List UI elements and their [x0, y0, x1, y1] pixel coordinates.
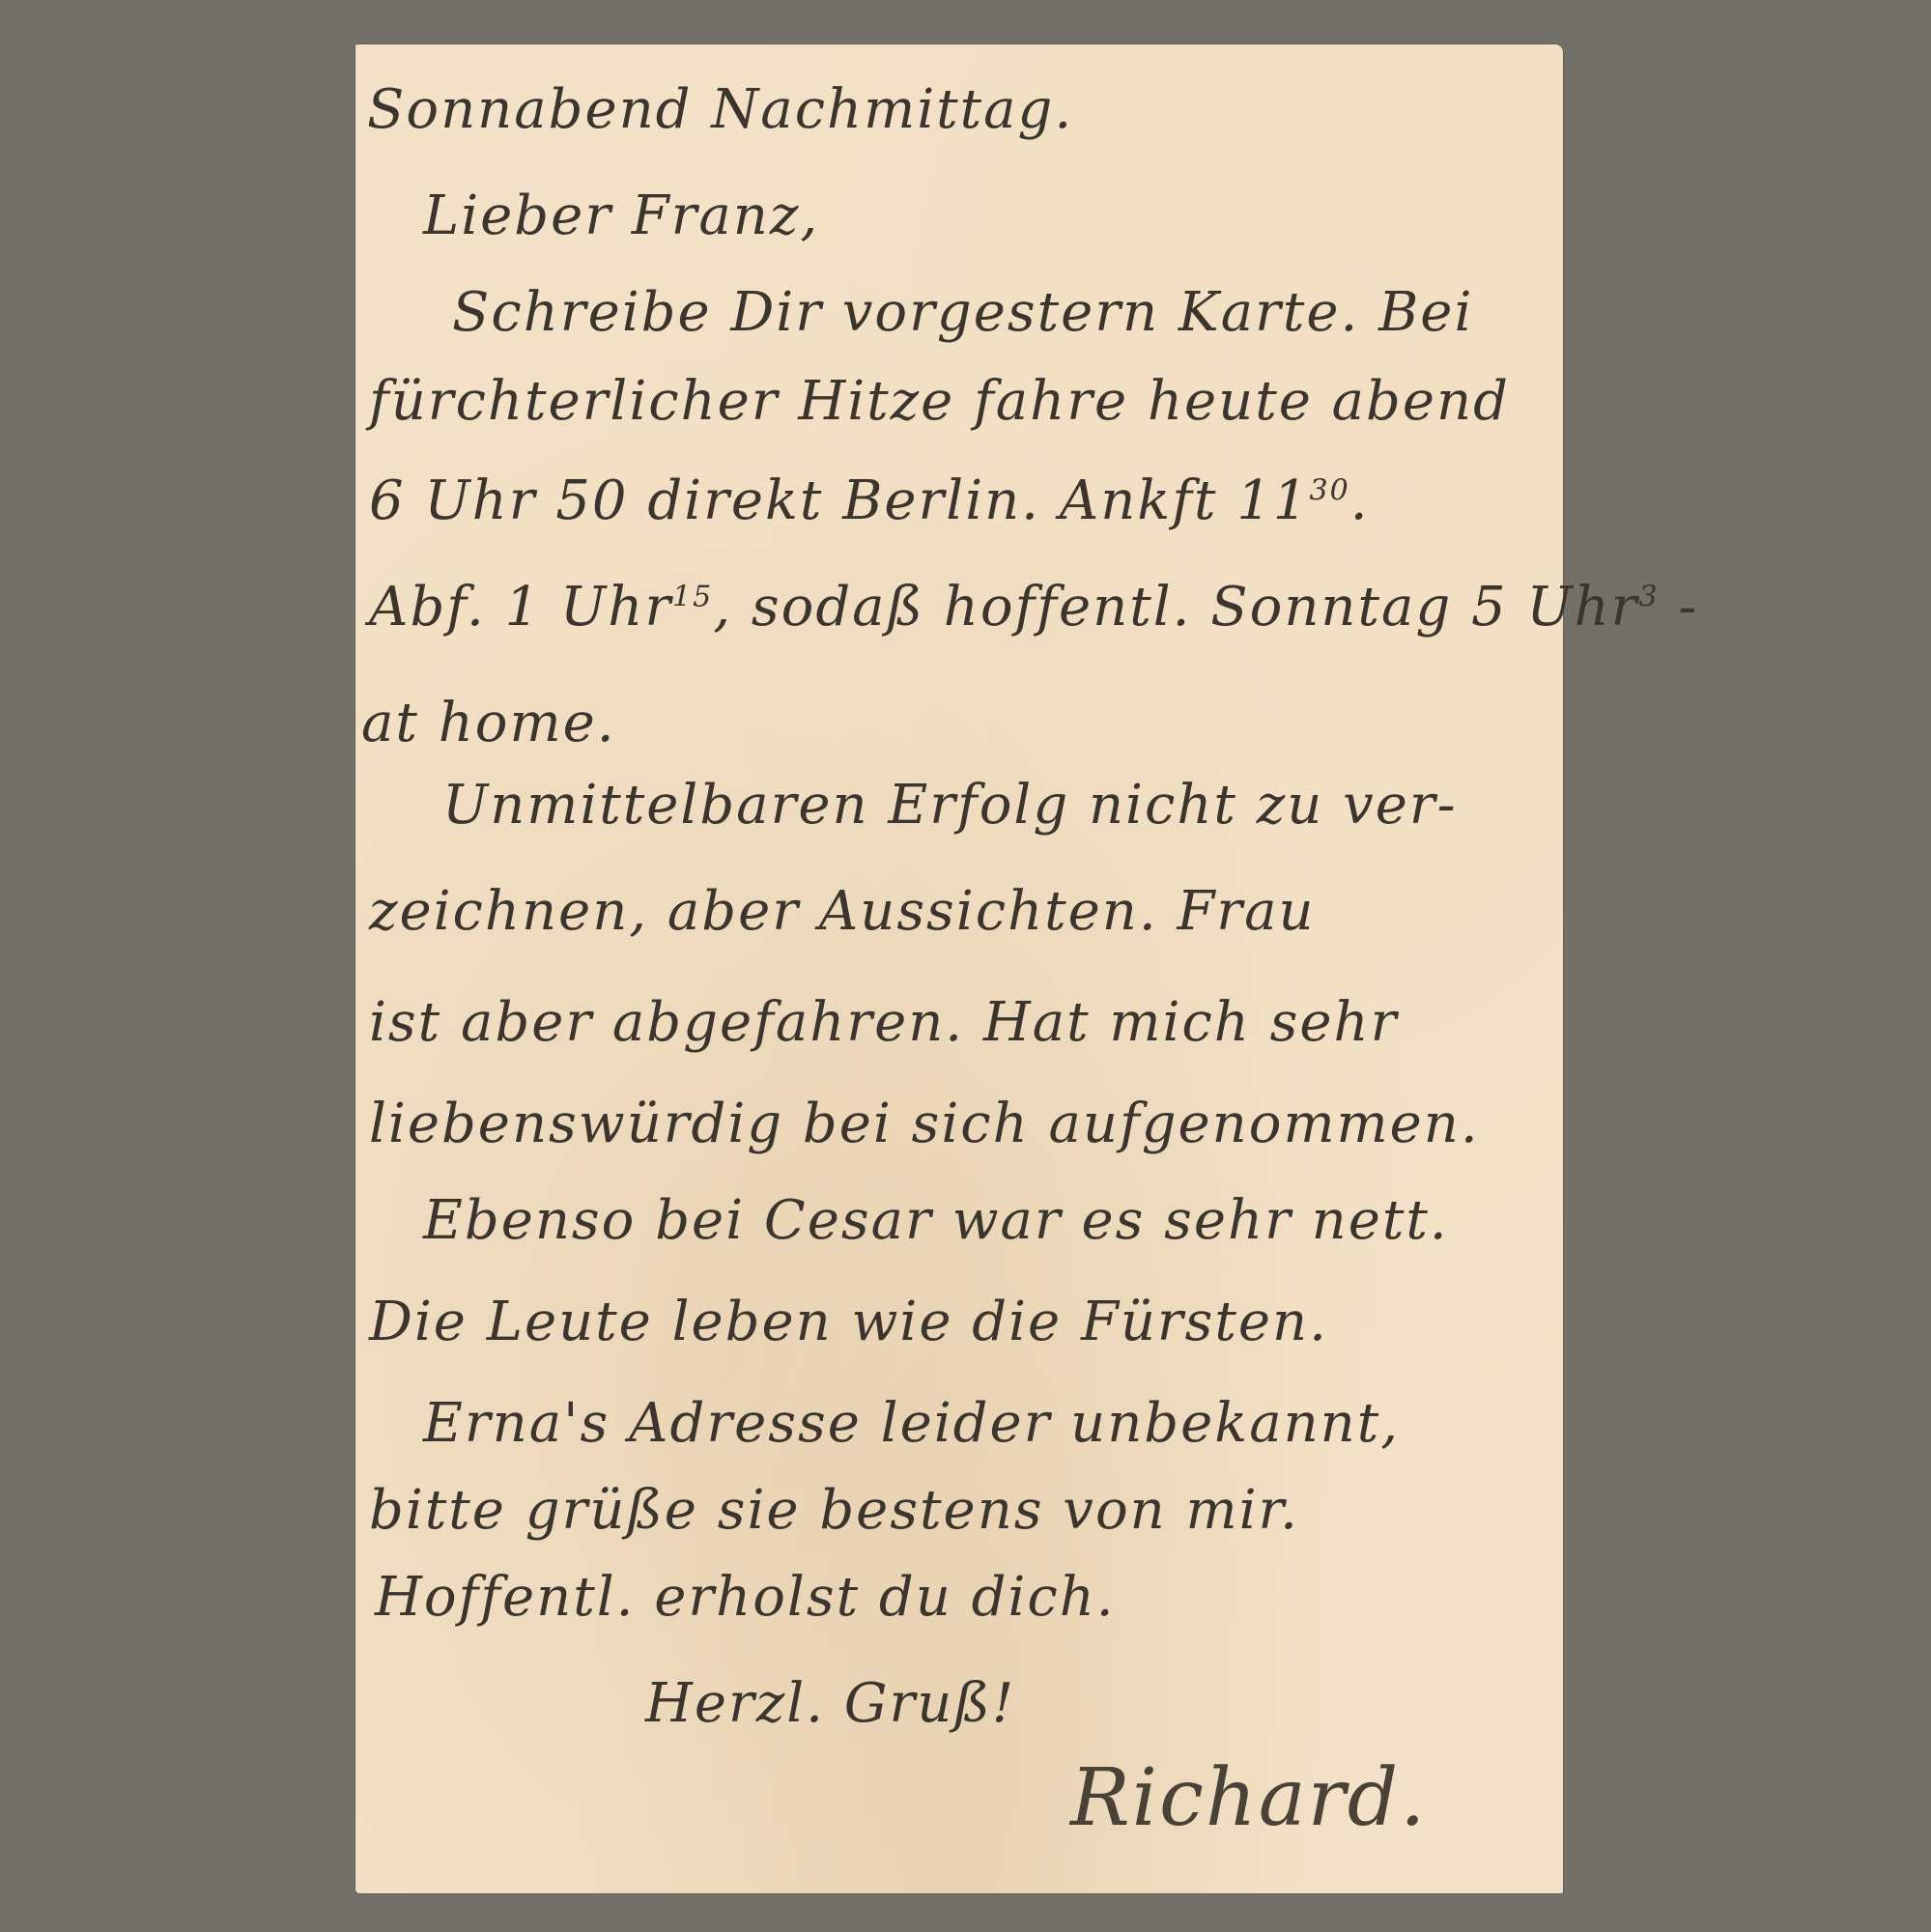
time-superscript: 15 [672, 580, 713, 613]
body-line: Unmittelbaren Erfolg nicht zu ver- [442, 779, 1458, 833]
body-line: Erna's Adresse leider unbekannt, [423, 1397, 1400, 1451]
body-line-tail: - [1660, 576, 1699, 639]
body-line-text: 6 Uhr 50 direkt Berlin. Ankft 11 [369, 469, 1310, 532]
signature: Richard. [1070, 1759, 1427, 1838]
greeting-line: Herzl. Gruß! [645, 1677, 1015, 1731]
body-line: zeichnen, aber Aussichten. Frau [369, 885, 1316, 939]
body-line: Schreibe Dir vorgestern Karte. Bei [452, 286, 1473, 340]
time-superscript: 30 [1310, 473, 1350, 507]
body-line-text: Abf. 1 Uhr [369, 576, 672, 639]
heading-date-line: Sonnabend Nachmittag. [367, 83, 1073, 137]
body-line-tail: , sodaß hoffentl. Sonntag 5 Uhr [713, 576, 1638, 639]
body-line: Ebenso bei Cesar war es sehr nett. [423, 1194, 1449, 1248]
body-line: Die Leute leben wie die Fürsten. [369, 1295, 1328, 1350]
salutation: Lieber Franz, [423, 189, 819, 243]
body-line: ist aber abgefahren. Hat mich sehr [369, 996, 1398, 1050]
time-superscript: 3 [1638, 580, 1659, 613]
body-line: Abf. 1 Uhr15, sodaß hoffentl. Sonntag 5 … [369, 581, 1698, 635]
body-line: at home. [361, 696, 616, 751]
body-line: bitte grüße sie bestens von mir. [369, 1484, 1299, 1538]
body-line-tail: . [1350, 469, 1370, 532]
postcard: Sonnabend Nachmittag. Lieber Franz, Schr… [355, 44, 1563, 1893]
body-line: fürchterlicher Hitze fahre heute abend [369, 375, 1510, 429]
closing-line: Hoffentl. erholst du dich. [375, 1571, 1116, 1625]
body-line: 6 Uhr 50 direkt Berlin. Ankft 1130. [369, 474, 1370, 528]
body-line: liebenswürdig bei sich aufgenommen. [369, 1097, 1480, 1151]
